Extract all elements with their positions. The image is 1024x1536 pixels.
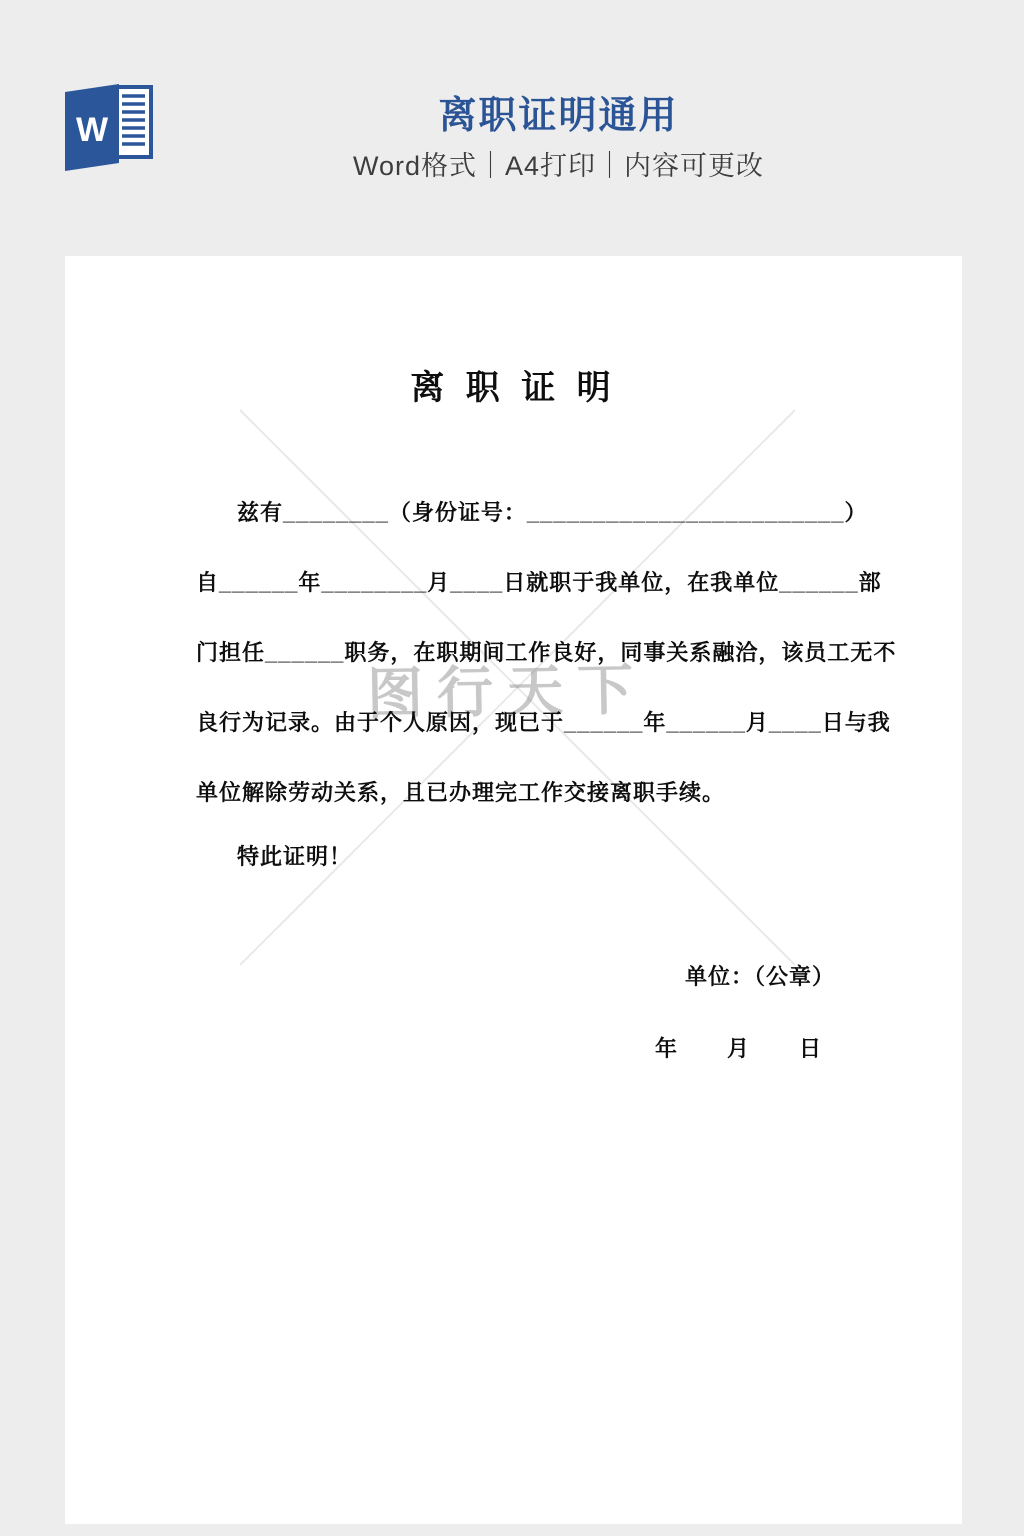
closing-statement: 特此证明！: [237, 840, 927, 871]
date-line: 年 月 日: [655, 1032, 935, 1063]
template-title: 离职证明通用: [155, 96, 962, 138]
body-line-3: 门担任______职务，在职期间工作良好，同事关系融洽，该员工无不: [196, 636, 886, 667]
template-header: W 离职证明通用 Word格式｜A4打印｜内容可更改: [0, 0, 1024, 256]
body-line-4: 良行为记录。由于个人原因，现已于______年______月____日与我: [196, 706, 886, 737]
header-text-block: 离职证明通用 Word格式｜A4打印｜内容可更改: [155, 0, 962, 181]
document-title: 离 职 证 明: [65, 360, 962, 409]
template-subtitle: Word格式｜A4打印｜内容可更改: [155, 152, 962, 182]
signature-unit-seal: 单位：（公章）: [685, 960, 945, 991]
document-page: 图行天下 离 职 证 明 兹有________（身份证号：___________…: [65, 256, 962, 1524]
body-line-1: 兹有________（身份证号：________________________…: [237, 496, 927, 527]
word-icon-letter: W: [76, 111, 109, 149]
body-line-2: 自______年________月____日就职于我单位，在我单位______部: [196, 566, 886, 597]
word-document-icon: W: [63, 82, 155, 172]
word-icon-page-lines: [122, 96, 145, 144]
body-line-5: 单位解除劳动关系，且已办理完工作交接离职手续。: [196, 776, 886, 807]
watermark-cross-lines: [65, 256, 962, 1524]
